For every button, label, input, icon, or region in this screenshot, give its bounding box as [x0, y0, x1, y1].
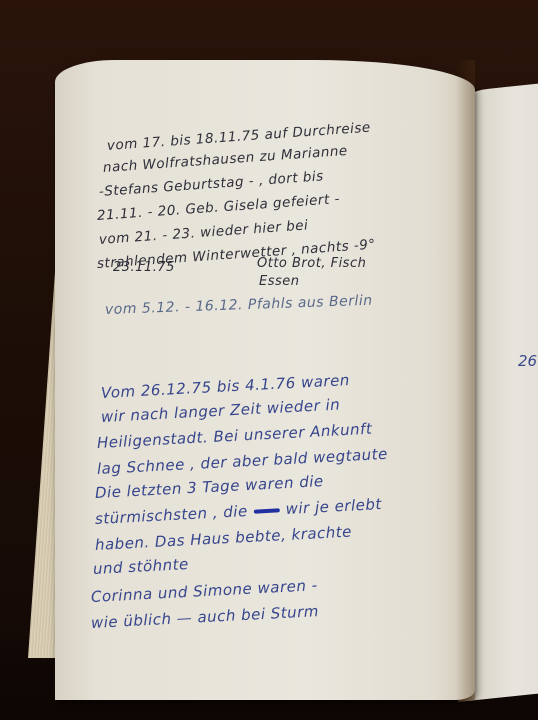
handwritten-text: wir je erlebt	[285, 495, 382, 518]
handwritten-line: und stöhnte	[93, 555, 190, 578]
handwritten-text: stürmischsten , die	[95, 502, 249, 528]
handwritten-line: vom 5.12. - 16.12. Pfahls aus Berlin	[105, 293, 373, 318]
right-page-text: 26	[518, 352, 537, 370]
handwritten-line: haben. Das Haus bebte, krachte	[95, 523, 353, 554]
handwritten-line: Otto Brot, Fisch	[257, 256, 366, 271]
left-page: vom 17. bis 18.11.75 auf Durchreise nach…	[55, 60, 475, 700]
handwritten-line: Essen	[259, 274, 300, 289]
handwritten-line: wie üblich — auch bei Sturm	[91, 602, 320, 632]
handwritten-line: Die letzten 3 Tage waren die	[95, 472, 325, 502]
entry-date: 23.11.75	[113, 260, 175, 275]
handwritten-line: lag Schnee , der aber bald wegtaute	[97, 445, 389, 478]
handwritten-line: Corinna und Simone waren -	[91, 576, 318, 606]
crossed-out-word	[254, 508, 280, 513]
